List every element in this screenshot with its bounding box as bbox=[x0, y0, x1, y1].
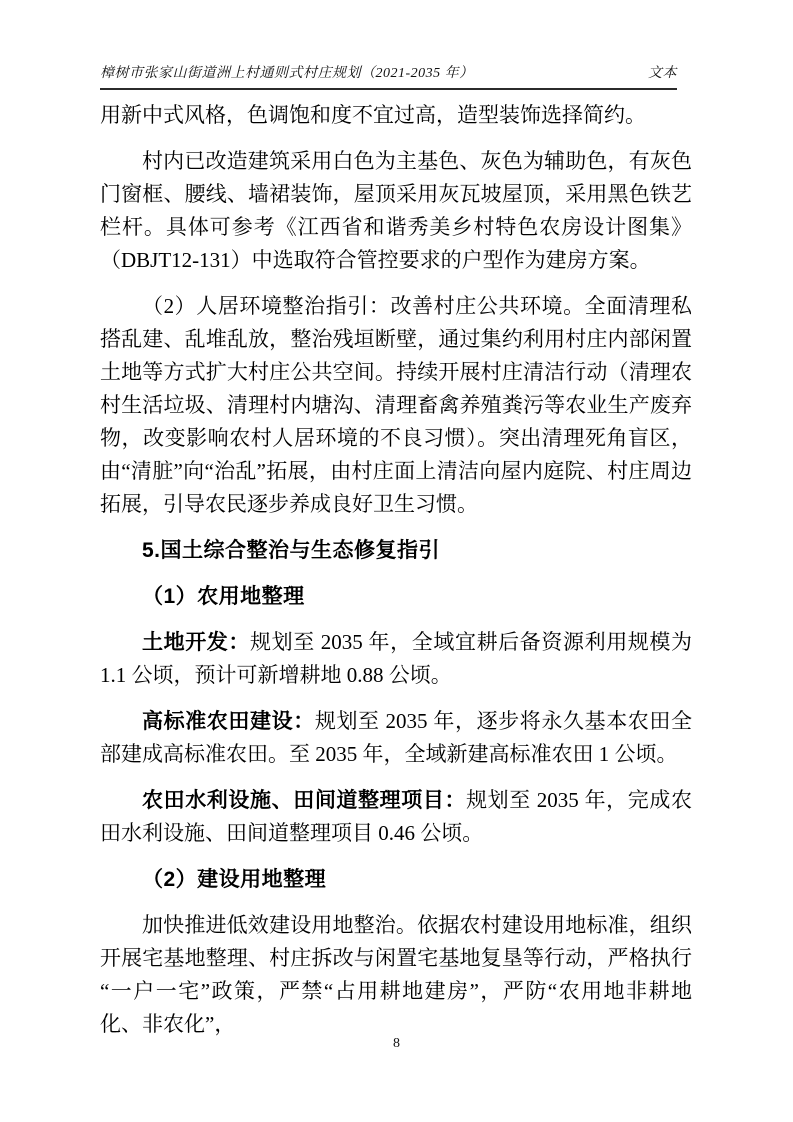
page-footer: 8 bbox=[0, 1036, 793, 1052]
paragraph-lead-high-standard-farmland: 高标准农田建设： bbox=[142, 710, 315, 733]
paragraph-lead-land-development: 土地开发： bbox=[142, 631, 250, 654]
paragraph-irrigation-projects: 农田水利设施、田间道整理项目：规划至 2035 年，完成农田水利设施、田间道整理… bbox=[100, 784, 692, 850]
document-page: 樟树市张家山街道洲上村通则式村庄规划（2021-2035 年） 文本 用新中式风… bbox=[0, 0, 793, 1122]
paragraph-continuation: 用新中式风格，色调饱和度不宜过高，造型装饰选择简约。 bbox=[100, 99, 692, 132]
paragraph-renovated-buildings: 村内已改造建筑采用白色为主基色、灰色为辅助色，有灰色门窗框、腰线、墙裙装饰，屋顶… bbox=[100, 145, 692, 277]
paragraph-lead-irrigation-projects: 农田水利设施、田间道整理项目： bbox=[142, 789, 466, 812]
subsection-heading-1: （1）农用地整理 bbox=[100, 580, 692, 613]
paragraph-land-development: 土地开发：规划至 2035 年，全域宜耕后备资源利用规模为 1.1 公顷，预计可… bbox=[100, 626, 692, 692]
header-title: 樟树市张家山街道洲上村通则式村庄规划（2021-2035 年） bbox=[100, 62, 474, 82]
section-heading-5: 5.国土综合整治与生态修复指引 bbox=[100, 534, 692, 567]
page-number: 8 bbox=[393, 1036, 400, 1051]
paragraph-high-standard-farmland: 高标准农田建设：规划至 2035 年，逐步将永久基本农田全部建成高标准农田。至 … bbox=[100, 705, 692, 771]
paragraph-living-environment: （2）人居环境整治指引：改善村庄公共环境。全面清理私搭乱建、乱堆乱放，整治残垣断… bbox=[100, 290, 692, 521]
page-header: 樟树市张家山街道洲上村通则式村庄规划（2021-2035 年） 文本 bbox=[100, 62, 677, 90]
paragraph-construction-land: 加快推进低效建设用地整治。依据农村建设用地标准，组织开展宅基地整理、村庄拆改与闲… bbox=[100, 909, 692, 1041]
subsection-heading-2: （2）建设用地整理 bbox=[100, 863, 692, 896]
header-doc-type: 文本 bbox=[648, 62, 677, 82]
document-body: 用新中式风格，色调饱和度不宜过高，造型装饰选择简约。 村内已改造建筑采用白色为主… bbox=[100, 99, 692, 1041]
